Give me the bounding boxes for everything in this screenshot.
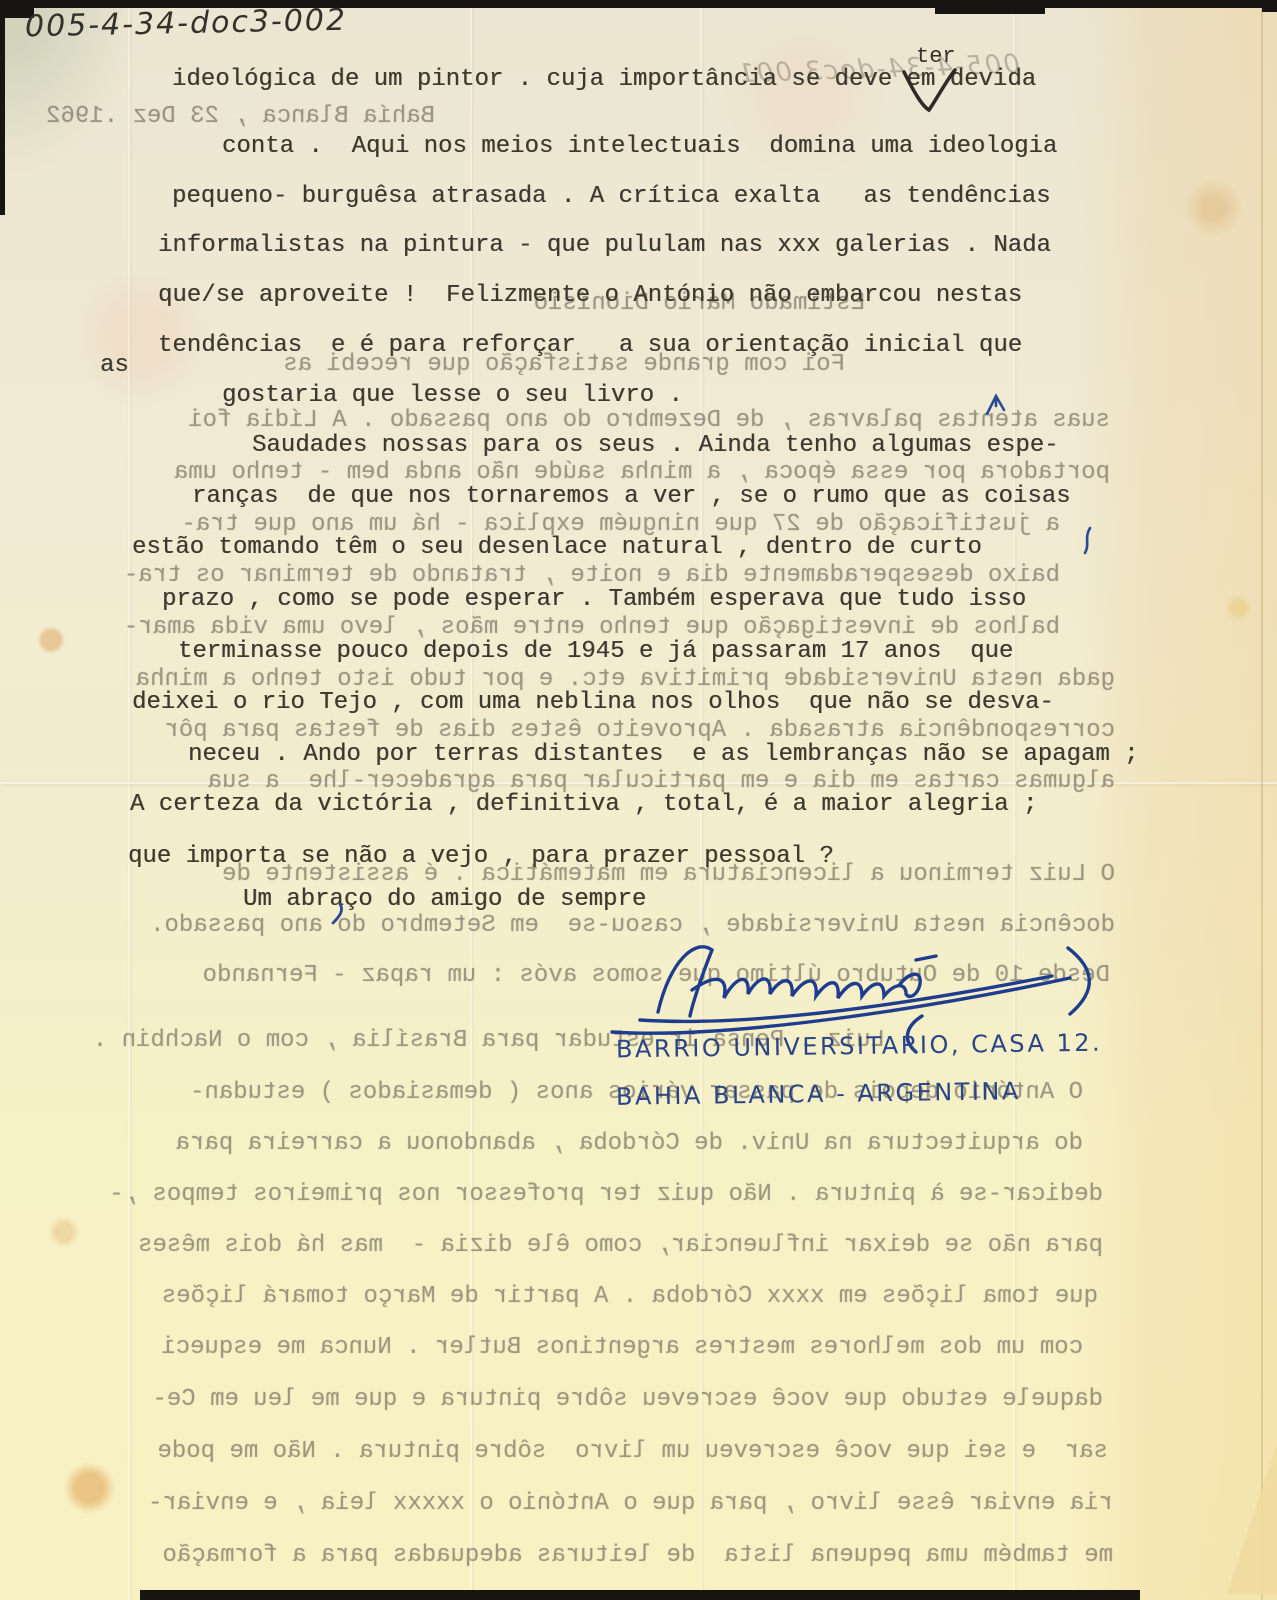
insertion-caret-icon: [898, 66, 960, 116]
scan-edge-top-blob: [935, 0, 1045, 14]
bleed-line: portadora por essa época , a minha saúde…: [70, 459, 1110, 486]
address-line-2: BAHIA BLANCA - ARGENTINA: [616, 1077, 1021, 1111]
typed-line: Saudades nossas para os seus . Ainda ten…: [252, 432, 1059, 459]
typed-line: deixei o rio Tejo , com uma neblina nos …: [132, 689, 1054, 716]
typed-line: terminasse pouco depois de 1945 e já pas…: [178, 638, 1013, 665]
blue-arrow-mark-icon: [984, 392, 1008, 418]
scan-edge-bottom: [140, 1590, 1140, 1600]
typed-line: pequeno- burguêsa atrasada . A crítica e…: [172, 183, 1051, 210]
bleed-line: baixo desesperadamente dia e noite , tra…: [70, 562, 1060, 589]
typed-stray-fragment: as: [100, 352, 129, 379]
typed-line: que/se aproveite ! Felizmente o António …: [158, 282, 1022, 309]
blue-tick-mark-icon: [1080, 526, 1100, 556]
bleed-line: com um dos melhores mestres argentinos B…: [38, 1334, 1083, 1361]
typed-line: gostaria que lesse o seu livro .: [222, 382, 683, 409]
scanned-letter-page: 005-4-34-doc3-002 005-4-34-doc3-001 Bahí…: [0, 0, 1277, 1600]
bleed-line: balhos de investigação que tenho entre m…: [70, 614, 1060, 641]
typed-line: prazo , como se pode esperar . Também es…: [162, 586, 1026, 613]
typed-line: neceu . Ando por terras distantes e as l…: [188, 741, 1139, 768]
typed-line: A certeza da victória , definitiva , tot…: [130, 791, 1037, 818]
bleed-line: para não se deixar influenciar, como êle…: [38, 1232, 1103, 1259]
bleed-line: daquele estudo que você escreveu sôbre p…: [38, 1386, 1103, 1413]
typed-line: estão tomando têm o seu desenlace natura…: [132, 534, 982, 561]
typed-line: Um abraço do amigo de sempre: [243, 886, 646, 913]
paper-right-edge: [1261, 0, 1263, 1600]
bleed-line: correspondência atrasada . Aproveito êst…: [70, 717, 1115, 744]
typed-line: tendências e é para reforçar a sua orien…: [158, 332, 1022, 359]
typed-line: ranças de que nos tornaremos a ver , se …: [192, 483, 1071, 510]
typed-line: informalistas na pintura - que pululam n…: [158, 232, 1051, 259]
scan-edge-left: [0, 0, 5, 215]
scan-edge-top-right: [1262, 0, 1277, 12]
folded-corner: [1227, 1444, 1277, 1594]
blue-cedilla-mark-icon: [330, 902, 348, 926]
typed-line: conta . Aqui nos meios intelectuais domi…: [222, 133, 1057, 160]
bleed-line: do arquitectura na Univ. de Córdoba , ab…: [38, 1130, 1083, 1157]
bleed-line: suas atentas palavras , de Dezembro do a…: [70, 407, 1110, 434]
bleed-line: dedicar-se à pintura . Não quiz ter prof…: [38, 1181, 1103, 1208]
bleed-line: ria enviar êsse livro , para que o Antón…: [38, 1490, 1113, 1517]
typed-line: que importa se não a vejo , para prazer …: [128, 843, 834, 870]
archive-id-handwriting: 005-4-34-doc3-002: [25, 3, 348, 45]
bleed-line: sar e sei que você escreveu um livro sôb…: [38, 1438, 1108, 1465]
bleed-line: que toma lições em xxxx Córdoba . A part…: [38, 1283, 1098, 1310]
bleed-line: Bahía Blanca , 23 Dez .1962: [150, 103, 435, 130]
bleed-line: me também uma pequena lista de leituras …: [38, 1542, 1113, 1569]
